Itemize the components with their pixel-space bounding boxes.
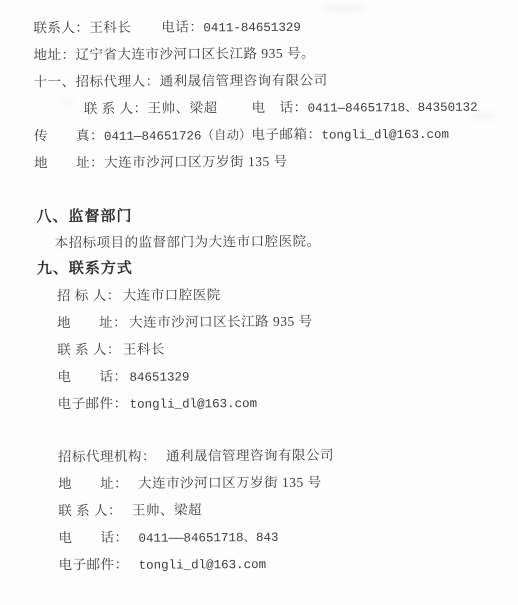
row-label: 招 标 人：: [57, 288, 121, 303]
row-value: 大连市口腔医院: [123, 287, 221, 303]
row-label: 地 址：: [57, 315, 127, 330]
tenderer-contact-line: 联系人：王科长电话：0411-84651329: [33, 11, 506, 41]
agent-contact-value: 王帅、梁超: [148, 100, 218, 115]
row-label: 电 话：: [57, 369, 127, 384]
row-value: 0411——84651718、843: [138, 531, 278, 546]
tenderer-address-line: 地址：辽宁省大连市沙河口区长江路 935 号。: [33, 38, 506, 68]
row-label: 联 系 人：: [58, 503, 122, 518]
agent-phone-value: 0411—84651718、84350132: [308, 101, 478, 116]
contact-person-label: 联系人：: [33, 20, 89, 35]
row-label: 电子邮件：: [58, 396, 128, 411]
tenderer-contact-block: 招 标 人：大连市口腔医院 地 址：大连市沙河口区长江路 935 号 联 系 人…: [57, 279, 509, 417]
section-11-agent-heading: 十一、招标代理人：通利晟信管理咨询有限公司: [34, 65, 507, 95]
phone-value: 0411-84651329: [203, 21, 301, 36]
contact-row-agency: 招标代理机构：通利晟信管理咨询有限公司: [58, 440, 509, 470]
contact-row-phone: 电 话：84651329: [57, 360, 508, 390]
row-label: 联 系 人：: [57, 342, 121, 357]
fax-email-value: tongli_dl@163.com: [321, 128, 449, 143]
agent-fax-line: 传 真：0411—84651726（自动）电子邮箱：tongli_dl@163.…: [34, 119, 507, 149]
agent-contact-line: 联 系 人：王帅、梁超电 话：0411—84651718、84350132: [84, 92, 507, 122]
row-value: 王科长: [123, 342, 165, 357]
section-9-heading: 九、联系方式: [37, 253, 508, 282]
fax-email-label: 电子邮箱：: [251, 127, 321, 142]
row-value: 王帅、梁超: [132, 502, 202, 517]
agent-contact-label: 联 系 人：: [84, 101, 148, 116]
section-8-body: 本招标项目的监督部门为大连市口腔医院。: [55, 227, 508, 256]
agency-contact-block: 招标代理机构：通利晟信管理咨询有限公司 地 址：大连市沙河口区万岁街 135 号…: [58, 440, 510, 578]
contact-row-phone: 电 话：0411——84651718、843: [58, 521, 509, 551]
fax-value: 0411—84651726（自动）: [104, 129, 252, 144]
row-label: 招标代理机构：: [58, 449, 156, 465]
row-value: 大连市沙河口区万岁街 135 号: [138, 475, 322, 491]
fax-label: 传 真：: [34, 128, 104, 143]
row-value: 84651329: [129, 370, 189, 384]
agent-phone-label: 电 话：: [252, 100, 308, 115]
agent-address-value: 大连市沙河口区万岁街 135 号: [104, 154, 288, 170]
row-value: 大连市沙河口区长江路 935 号: [129, 314, 313, 330]
contact-row-address: 地 址：大连市沙河口区长江路 935 号: [57, 306, 508, 336]
contact-person-value: 王科长: [89, 20, 131, 35]
row-value: tongli_dl@163.com: [139, 558, 267, 573]
contact-row-tenderer: 招 标 人：大连市口腔医院: [57, 279, 508, 309]
scanned-document-page: 联系人：王科长电话：0411-84651329 地址：辽宁省大连市沙河口区长江路…: [0, 0, 518, 605]
section-8-heading: 八、监督部门: [36, 201, 507, 230]
row-label: 地 址：: [58, 476, 128, 491]
document-content: 联系人：王科长电话：0411-84651329 地址：辽宁省大连市沙河口区长江路…: [0, 0, 518, 605]
contact-row-email: 电子邮件：tongli_dl@163.com: [58, 387, 509, 417]
row-label: 电 话：: [58, 530, 128, 545]
contact-row-person: 联 系 人：王科长: [57, 333, 508, 363]
row-value: tongli_dl@163.com: [130, 397, 258, 412]
row-value: 通利晟信管理咨询有限公司: [166, 448, 334, 464]
phone-label: 电话：: [161, 19, 203, 34]
agent-address-label: 地 址：: [34, 155, 104, 170]
row-label: 电子邮件：: [59, 557, 129, 572]
contact-row-person: 联 系 人：王帅、梁超: [58, 494, 509, 524]
agent-address-line: 地 址：大连市沙河口区万岁街 135 号: [34, 146, 507, 176]
contact-row-address: 地 址：大连市沙河口区万岁街 135 号: [58, 467, 509, 497]
contact-row-email: 电子邮件：tongli_dl@163.com: [59, 548, 510, 578]
